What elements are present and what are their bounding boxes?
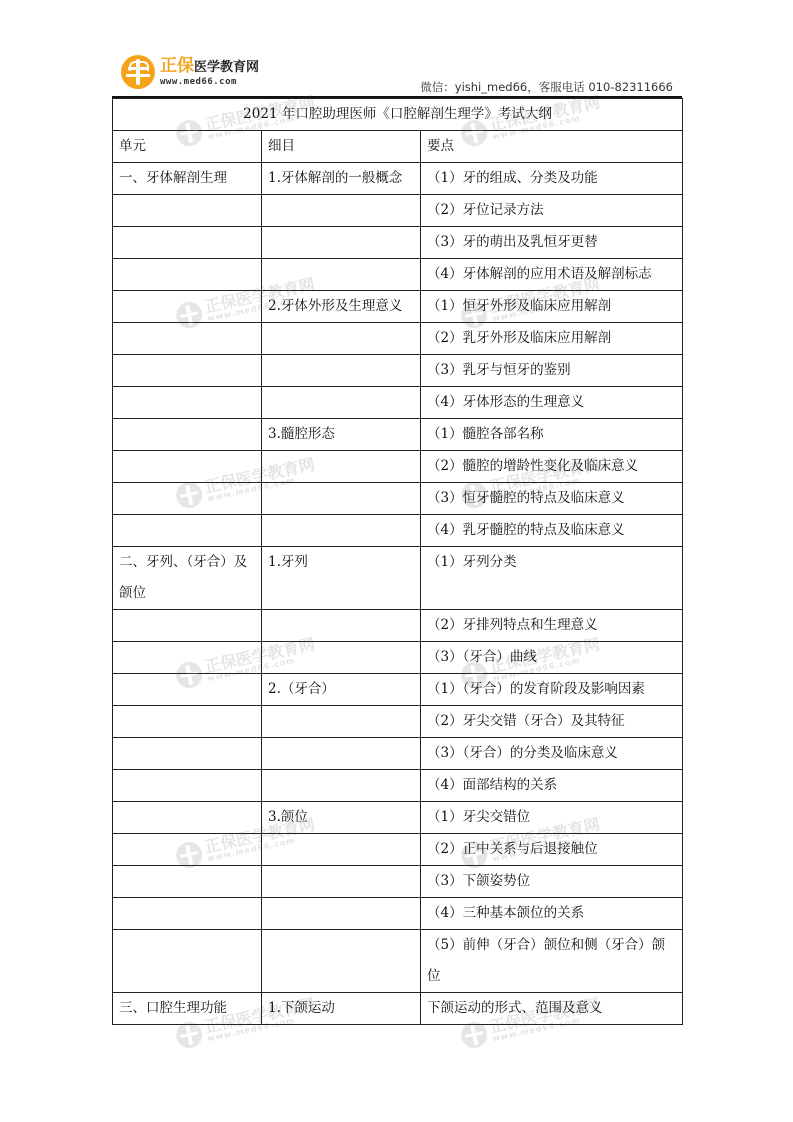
- item-cell: [262, 642, 421, 674]
- table-row: （2）髓腔的增龄性变化及临床意义: [113, 451, 683, 483]
- item-cell: 3.髓腔形态: [262, 419, 421, 451]
- item-cell: [262, 610, 421, 642]
- unit-cell: [113, 802, 262, 834]
- unit-cell: [113, 227, 262, 259]
- document-title: 2021 年口腔助理医师《口腔解剖生理学》考试大纲: [113, 99, 683, 131]
- point-cell: （2）乳牙外形及临床应用解剖: [421, 323, 683, 355]
- unit-cell: [113, 898, 262, 930]
- unit-cell: [113, 866, 262, 898]
- contact-info: 微信：yishi_med66，客服电话 010-82311666: [420, 79, 673, 95]
- unit-cell: [113, 674, 262, 706]
- table-row: （2）乳牙外形及临床应用解剖: [113, 323, 683, 355]
- table-row: （5）前伸（牙合）颌位和侧（牙合）颌位: [113, 930, 683, 993]
- point-cell: （3）乳牙与恒牙的鉴别: [421, 355, 683, 387]
- unit-cell: [113, 483, 262, 515]
- logo-url: www.med66.com: [160, 78, 259, 87]
- item-cell: [262, 738, 421, 770]
- unit-cell: [113, 259, 262, 291]
- table-row: （2）牙尖交错（牙合）及其特征: [113, 706, 683, 738]
- column-header-unit: 单元: [113, 131, 262, 163]
- item-cell: 2.牙体外形及生理意义: [262, 291, 421, 323]
- title-row: 2021 年口腔助理医师《口腔解剖生理学》考试大纲: [113, 99, 683, 131]
- table-row: （3）牙的萌出及乳恒牙更替: [113, 227, 683, 259]
- table-row: （2）牙位记录方法: [113, 195, 683, 227]
- unit-cell: [113, 355, 262, 387]
- point-cell: （2）正中关系与后退接触位: [421, 834, 683, 866]
- table-row: （3）下颌姿势位: [113, 866, 683, 898]
- unit-cell: [113, 387, 262, 419]
- unit-cell: [113, 515, 262, 547]
- header-row: 单元 细目 要点: [113, 131, 683, 163]
- item-cell: [262, 451, 421, 483]
- item-cell: 2.（牙合）: [262, 674, 421, 706]
- logo-brand: 正保: [160, 56, 194, 76]
- column-header-point: 要点: [421, 131, 683, 163]
- table-row: 3.髓腔形态（1）髓腔各部名称: [113, 419, 683, 451]
- unit-cell: 一、牙体解剖生理: [113, 163, 262, 195]
- point-cell: （2）牙排列特点和生理意义: [421, 610, 683, 642]
- point-cell: （3）（牙合）的分类及临床意义: [421, 738, 683, 770]
- item-cell: 1.下颌运动: [262, 993, 421, 1025]
- table-row: 2.牙体外形及生理意义（1）恒牙外形及临床应用解剖: [113, 291, 683, 323]
- unit-cell: [113, 706, 262, 738]
- item-cell: [262, 195, 421, 227]
- logo-name: 医学教育网: [194, 60, 259, 75]
- point-cell: （4）面部结构的关系: [421, 770, 683, 802]
- unit-cell: [113, 451, 262, 483]
- point-cell: （2）髓腔的增龄性变化及临床意义: [421, 451, 683, 483]
- table-row: 2.（牙合）（1）（牙合）的发育阶段及影响因素: [113, 674, 683, 706]
- item-cell: [262, 355, 421, 387]
- unit-cell: [113, 738, 262, 770]
- column-header-item: 细目: [262, 131, 421, 163]
- table-row: （4）牙体形态的生理意义: [113, 387, 683, 419]
- item-cell: [262, 387, 421, 419]
- point-cell: （3）牙的萌出及乳恒牙更替: [421, 227, 683, 259]
- point-cell: （4）牙体形态的生理意义: [421, 387, 683, 419]
- unit-cell: 二、牙列、（牙合）及颌位: [113, 547, 262, 610]
- syllabus-table: 2021 年口腔助理医师《口腔解剖生理学》考试大纲 单元 细目 要点 一、牙体解…: [112, 98, 683, 1025]
- item-cell: [262, 898, 421, 930]
- item-cell: [262, 515, 421, 547]
- page-header: 正保医学教育网 www.med66.com 微信：yishi_med66，客服电…: [0, 0, 793, 100]
- table-row: （2）正中关系与后退接触位: [113, 834, 683, 866]
- item-cell: [262, 706, 421, 738]
- table-row: （3）（牙合）的分类及临床意义: [113, 738, 683, 770]
- logo: 正保医学教育网 www.med66.com: [121, 55, 259, 89]
- item-cell: [262, 483, 421, 515]
- table-row: （3）（牙合）曲线: [113, 642, 683, 674]
- logo-icon: [121, 55, 155, 89]
- item-cell: [262, 323, 421, 355]
- point-cell: （4）三种基本颌位的关系: [421, 898, 683, 930]
- unit-cell: [113, 930, 262, 993]
- point-cell: （3）（牙合）曲线: [421, 642, 683, 674]
- unit-cell: [113, 323, 262, 355]
- point-cell: （4）牙体解剖的应用术语及解剖标志: [421, 259, 683, 291]
- table-row: （3）乳牙与恒牙的鉴别: [113, 355, 683, 387]
- table-row: 二、牙列、（牙合）及颌位1.牙列（1）牙列分类: [113, 547, 683, 610]
- item-cell: [262, 770, 421, 802]
- table-row: （3）恒牙髓腔的特点及临床意义: [113, 483, 683, 515]
- point-cell: （1）（牙合）的发育阶段及影响因素: [421, 674, 683, 706]
- unit-cell: [113, 419, 262, 451]
- unit-cell: [113, 291, 262, 323]
- table-row: （4）面部结构的关系: [113, 770, 683, 802]
- table-row: 三、口腔生理功能1.下颌运动下颌运动的形式、范围及意义: [113, 993, 683, 1025]
- unit-cell: [113, 610, 262, 642]
- item-cell: [262, 930, 421, 993]
- item-cell: 3.颌位: [262, 802, 421, 834]
- item-cell: [262, 259, 421, 291]
- point-cell: （2）牙位记录方法: [421, 195, 683, 227]
- point-cell: （1）牙尖交错位: [421, 802, 683, 834]
- table-row: 一、牙体解剖生理1.牙体解剖的一般概念（1）牙的组成、分类及功能: [113, 163, 683, 195]
- point-cell: （3）下颌姿势位: [421, 866, 683, 898]
- unit-cell: [113, 770, 262, 802]
- point-cell: （1）牙列分类: [421, 547, 683, 610]
- point-cell: （1）恒牙外形及临床应用解剖: [421, 291, 683, 323]
- point-cell: （4）乳牙髓腔的特点及临床意义: [421, 515, 683, 547]
- unit-cell: [113, 195, 262, 227]
- point-cell: （1）髓腔各部名称: [421, 419, 683, 451]
- unit-cell: [113, 642, 262, 674]
- point-cell: 下颌运动的形式、范围及意义: [421, 993, 683, 1025]
- table-row: （2）牙排列特点和生理意义: [113, 610, 683, 642]
- unit-cell: 三、口腔生理功能: [113, 993, 262, 1025]
- table-row: （4）三种基本颌位的关系: [113, 898, 683, 930]
- table-row: （4）乳牙髓腔的特点及临床意义: [113, 515, 683, 547]
- unit-cell: [113, 834, 262, 866]
- item-cell: 1.牙体解剖的一般概念: [262, 163, 421, 195]
- point-cell: （3）恒牙髓腔的特点及临床意义: [421, 483, 683, 515]
- item-cell: 1.牙列: [262, 547, 421, 610]
- table-row: 3.颌位（1）牙尖交错位: [113, 802, 683, 834]
- item-cell: [262, 227, 421, 259]
- item-cell: [262, 834, 421, 866]
- point-cell: （2）牙尖交错（牙合）及其特征: [421, 706, 683, 738]
- item-cell: [262, 866, 421, 898]
- point-cell: （5）前伸（牙合）颌位和侧（牙合）颌位: [421, 930, 683, 993]
- point-cell: （1）牙的组成、分类及功能: [421, 163, 683, 195]
- table-row: （4）牙体解剖的应用术语及解剖标志: [113, 259, 683, 291]
